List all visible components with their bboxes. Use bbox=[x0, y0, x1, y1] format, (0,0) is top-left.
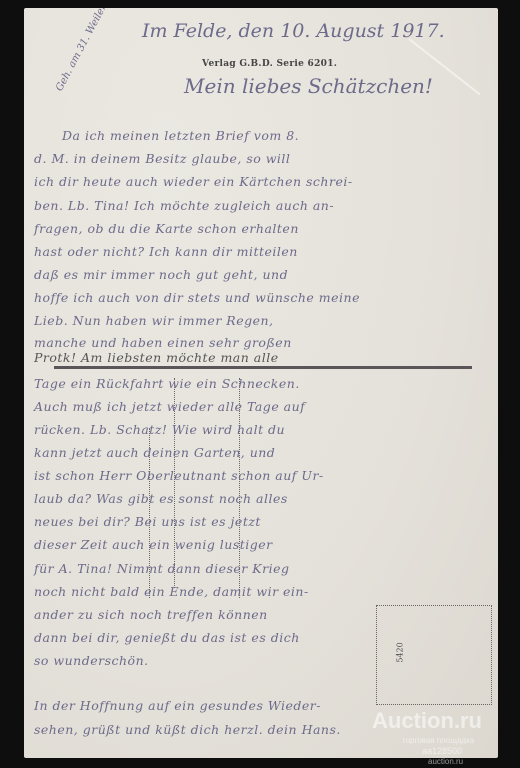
postcard-date-header: Im Felde, den 10. August 1917. bbox=[142, 20, 445, 42]
handwritten-line: kann jetzt auch deinen Garten, und bbox=[34, 445, 275, 460]
handwritten-line: für A. Tina! Nimmt dann dieser Krieg bbox=[34, 561, 289, 576]
handwritten-line: ist schon Herr Oberleutnant schon auf Ur… bbox=[34, 468, 324, 483]
handwritten-line: rücken. Lb. Schatz! Wie wird halt du bbox=[34, 422, 285, 437]
handwritten-line: ben. Lb. Tina! Ich möchte zugleich auch … bbox=[34, 198, 334, 213]
handwritten-line: fragen, ob du die Karte schon erhalten bbox=[34, 221, 299, 236]
handwritten-line: daß es mir immer noch gut geht, und bbox=[34, 267, 288, 282]
handwritten-line: d. M. in deinem Besitz glaube, so will bbox=[34, 151, 290, 166]
margin-note: Geh. am 31. Weilen bbox=[54, 8, 110, 93]
postcard: Im Felde, den 10. August 1917. Verlag G.… bbox=[24, 8, 498, 758]
handwritten-line: laub da? Was gibt es sonst noch alles bbox=[34, 491, 288, 506]
handwritten-line: manche und haben einen sehr großen bbox=[34, 335, 292, 350]
handwritten-line: Auch muß ich jetzt wieder alle Tage auf bbox=[34, 399, 305, 414]
divider-line bbox=[54, 366, 472, 369]
handwritten-line: Lieb. Nun haben wir immer Regen, bbox=[34, 313, 274, 328]
handwritten-line: hast oder nicht? Ich kann dir mitteilen bbox=[34, 244, 298, 259]
handwritten-line: Da ich meinen letzten Brief vom 8. bbox=[62, 128, 299, 143]
handwritten-line: neues bei dir? Bei uns ist es jetzt bbox=[34, 514, 261, 529]
publisher-imprint: Verlag G.B.D. Serie 6201. bbox=[202, 59, 337, 69]
watermark-subtitle: торговая площадка bbox=[402, 736, 474, 745]
handwritten-line: Protk! Am liebsten möchte man alle bbox=[34, 350, 279, 365]
handwritten-line: so wunderschön. bbox=[34, 653, 149, 668]
watermark-brand: Auction.ru bbox=[372, 708, 482, 734]
watermark-lot-id: aa128500 bbox=[422, 746, 462, 756]
stamp-box bbox=[376, 605, 492, 705]
watermark-site: auction.ru bbox=[428, 757, 463, 766]
handwritten-line: Tage ein Rückfahrt wie ein Schnecken. bbox=[34, 376, 300, 391]
handwritten-line: hoffe ich auch von dir stets und wünsche… bbox=[34, 290, 360, 305]
handwritten-line: In der Hoffnung auf ein gesundes Wieder- bbox=[34, 698, 321, 713]
handwritten-line: ich dir heute auch wieder ein Kärtchen s… bbox=[34, 174, 353, 189]
handwritten-line: noch nicht bald ein Ende, damit wir ein- bbox=[34, 584, 309, 599]
handwritten-line: sehen, grüßt und küßt dich herzl. dein H… bbox=[34, 722, 341, 737]
handwritten-line: dann bei dir, genießt du das ist es dich bbox=[34, 630, 300, 645]
handwritten-line: dieser Zeit auch ein wenig lustiger bbox=[34, 537, 273, 552]
greeting: Mein liebes Schätzchen! bbox=[184, 74, 433, 98]
stamp-box-code: 5420 bbox=[396, 642, 405, 662]
handwritten-line: ander zu sich noch treffen können bbox=[34, 607, 268, 622]
